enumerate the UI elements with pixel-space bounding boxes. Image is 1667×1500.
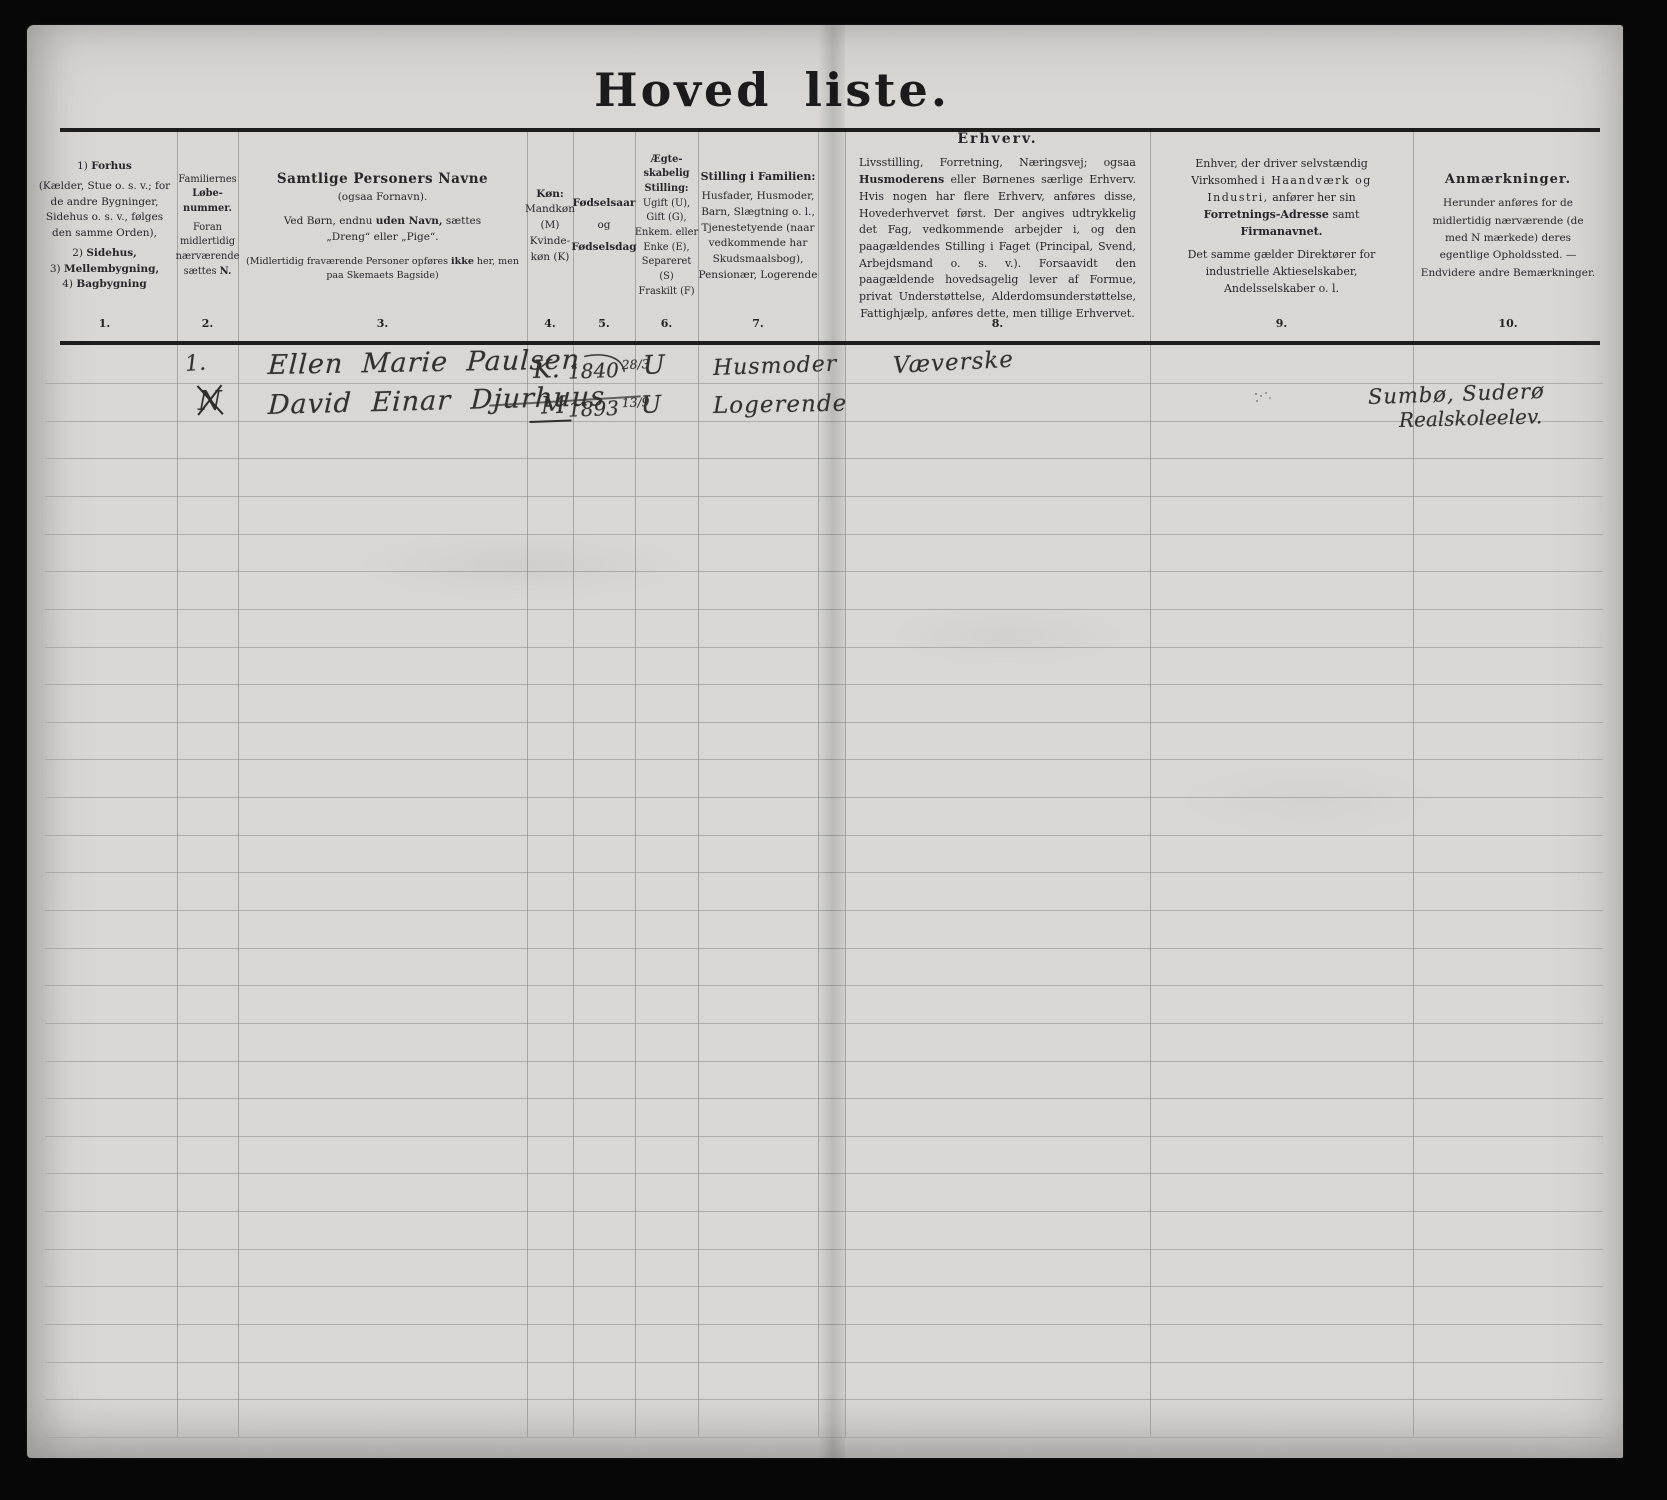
- header-line: (M): [541, 218, 560, 234]
- column-number-4: 4.: [527, 317, 573, 330]
- entry-row1-family-number: 1.: [184, 351, 207, 377]
- entry-row2-position: Logerende: [713, 391, 848, 419]
- header-line: (ogsaa Fornavn).: [338, 190, 428, 206]
- header-line: (Midlertidig fraværende Personer opføres…: [245, 255, 520, 283]
- column-header-occupation: Erhverv. Livsstilling, Forretning, Nærin…: [845, 137, 1150, 315]
- header-line: Køn:: [536, 187, 563, 203]
- column-header-business-address: Enhver, der driver selvstændig Virksomhe…: [1150, 137, 1413, 315]
- header-paragraph: Herunder anføres for de midlertidig nærv…: [1420, 195, 1596, 282]
- header-line: (S): [659, 270, 673, 285]
- header-line: skabelig: [643, 167, 689, 182]
- page-title: Hoved liste.: [27, 63, 1517, 117]
- column-number-7: 7.: [698, 317, 818, 330]
- header-line: køn (K): [531, 250, 570, 266]
- header-line: nummer.: [183, 202, 232, 217]
- header-line: Erhverv.: [957, 129, 1037, 150]
- header-paragraph: Enhver, der driver selvstændig Virksomhe…: [1150, 155, 1413, 240]
- entry-row1-sex: K.: [532, 354, 560, 384]
- bleedthrough-smudge: [887, 605, 1127, 665]
- header-line: Stilling:: [644, 182, 688, 197]
- entry-row2-birth-year: 1893: [568, 396, 620, 422]
- column-number-10: 10.: [1413, 317, 1603, 330]
- header-line: Fødselsaar: [573, 196, 636, 212]
- column-number-3: 3.: [238, 317, 527, 330]
- header-line: Foran midlertidig nærværende sættes N.: [176, 221, 240, 280]
- column-header-names: Samtlige Personers Navne (ogsaa Fornavn)…: [238, 137, 527, 315]
- column-number-1: 1.: [32, 317, 177, 330]
- scan-background: { "page": { "title": "Hoved liste." }, "…: [0, 0, 1667, 1500]
- header-line: 4) Bagbygning: [62, 277, 147, 293]
- header-line: Separeret: [642, 255, 692, 270]
- header-line: Stilling i Familien:: [701, 169, 816, 186]
- header-line: Samtlige Personers Navne: [277, 169, 488, 189]
- entry-row1-occupation: Væverske: [892, 347, 1014, 379]
- column-header-birthdate: Fødselsaar og Fødselsdag: [573, 137, 635, 315]
- column-header-sex: Køn: Mandkøn (M) Kvinde- køn (K): [527, 137, 573, 315]
- header-line: Fraskilt (F): [638, 285, 694, 300]
- entry-row2-sex: M: [528, 391, 571, 423]
- header-line: 1) Forhus: [77, 159, 132, 175]
- entry-row2-remark-line2: Realskoleelev.: [1399, 404, 1543, 432]
- header-line: Familiernes: [178, 173, 236, 188]
- entry-row2-birthdate: 189313/9: [568, 394, 651, 421]
- header-line: og: [597, 218, 610, 234]
- column-header-marital-status: Ægte- skabelig Stilling: Ugift (U), Gift…: [635, 137, 698, 315]
- entry-row1-position: Husmoder: [713, 352, 838, 381]
- column-header-position-in-family: Stilling i Familien: Husfader, Husmoder,…: [698, 137, 818, 315]
- header-line: Ved Børn, endnu uden Navn, sættes „Dreng…: [280, 214, 485, 246]
- header-paragraph: Det samme gælder Direktører for industri…: [1150, 246, 1413, 297]
- bleedthrough-smudge: [1177, 765, 1437, 835]
- header-line: Fødselsdag: [571, 240, 636, 256]
- header-line: Kvinde-: [530, 234, 570, 250]
- book-fold-gutter: [818, 25, 845, 1458]
- header-line: Anmærkninger.: [1445, 170, 1571, 190]
- header-paragraph: Livsstilling, Forretning, Næringsvej; og…: [845, 155, 1150, 322]
- column-number-8: 8.: [845, 317, 1150, 330]
- entry-row2-n-mark: N: [198, 386, 222, 417]
- column-number-6: 6.: [635, 317, 698, 330]
- ink-specks: [1255, 393, 1257, 395]
- column-header-remarks: Anmærkninger. Herunder anføres for de mi…: [1413, 137, 1603, 315]
- header-line: 2) Sidehus,: [72, 246, 137, 262]
- header-line: Gift (G),: [646, 211, 686, 226]
- column-header-buildings: 1) Forhus (Kælder, Stue o. s. v.; for de…: [32, 137, 177, 315]
- header-line: Mandkøn: [525, 202, 575, 218]
- header-line: Ægte-: [651, 153, 683, 168]
- header-line: Løbe-: [192, 187, 223, 202]
- entry-row2-marital-status: U: [641, 390, 662, 419]
- header-line: (Kælder, Stue o. s. v.; for de andre Byg…: [35, 179, 175, 242]
- bleedthrough-smudge: [357, 530, 687, 600]
- header-line: Husfader, Husmoder, Barn, Slægtning o. l…: [697, 189, 819, 284]
- header-line: 3) Mellembygning,: [50, 262, 159, 278]
- entry-row1-marital-status: U: [642, 350, 665, 381]
- column-number-2: 2.: [177, 317, 238, 330]
- census-form-page: Hoved liste. 1) Forhus (Kælder, Stue o. …: [27, 25, 1623, 1458]
- column-number-5: 5.: [573, 317, 635, 330]
- header-line: Ugift (U),: [643, 197, 690, 212]
- header-line: Enke (E),: [643, 241, 689, 256]
- entry-row1-birthdate: 184028/3: [568, 356, 651, 383]
- column-number-9: 9.: [1150, 317, 1413, 330]
- header-line: Enkem. eller: [635, 226, 698, 241]
- column-header-family-number: Familiernes Løbe- nummer. Foran midlerti…: [177, 137, 238, 315]
- entry-row1-birth-year: 1840: [568, 358, 620, 384]
